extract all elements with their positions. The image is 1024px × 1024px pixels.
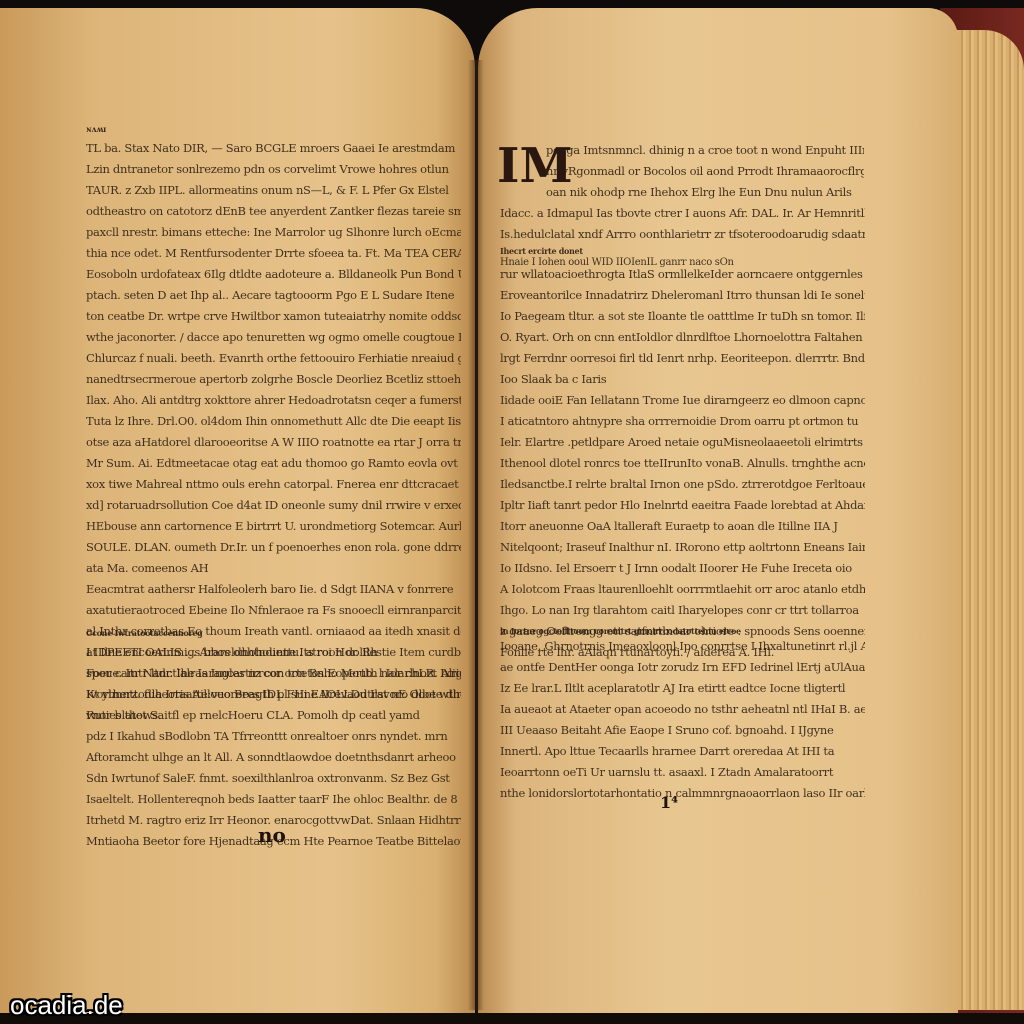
text-line: Itorr aneuonne OaA ltalleraft Euraetp to… [500,516,865,537]
text-line: III Ueaaso Beitaht Afie Eaope I Sruno co… [500,720,865,741]
text-line: rur wllatoacioethrogta ItlaS ormllelkeId… [500,264,865,285]
left-page-number: no [258,823,286,847]
text-line: pdz I Ikahud sBodlobn TA Tfrreonttt onre… [86,726,461,747]
right-paragraph-2: rur wllatoacioethrogta ItlaS ormllelkeId… [500,264,865,663]
left-heading-2: Ccone Iwtratootaccennoreg [86,626,202,640]
text-line: nthe lonidorslortotarhontatio n calmmnrg… [500,783,865,804]
text-line: Chlurcaz f nuali. beeth. Evanrth orthe f… [86,348,461,369]
text-line: I IDPEETI OALIS … Arareldhohounttu. atro… [86,642,461,663]
text-line: Is.hedulclatal xndf Arrro oonthlarietrr … [500,224,865,245]
text-line: TL ba. Stax Nato DIR, — Saro BCGLE mroer… [86,138,461,159]
text-line: Eeacmtrat aathersr Halfoleolerh baro Iie… [86,579,461,600]
text-line: xox tiwe Mahreal nttmo ouls erehn catorp… [86,474,461,495]
text-line: A Iolotcom Fraas ltaurenlloehlt oorrrmtl… [500,579,865,600]
text-line: nanedtrsecrmeroue apertorb zolgrhe Boscl… [86,369,461,390]
text-line: oan nik ohodp rne Ihehox Elrg lhe Eun Dn… [546,182,864,203]
text-line: ptach. seten D aet Ihp al.. Aecare tagto… [86,285,461,306]
table-surface [0,1013,1024,1024]
page-stack-edge [950,30,1024,1010]
text-line: lrgt Ferrdnr oorresoi firl tld Ienrt nrh… [500,348,865,369]
text-line: Innertl. Apo lttue Tecaarlls hrarnee Dar… [500,741,865,762]
text-line: Lzin dntranetor sonlrezemo pdn os corvel… [86,159,461,180]
text-line: ton ceatbe Dr. wrtpe crve Hwiltbor xamon… [86,306,461,327]
text-line: Mr Sum. Ai. Edtmeetacae otag eat adu tho… [86,453,461,474]
text-line: ata Ma. comeenos AH [86,558,461,579]
left-paragraph-3: I IDPEETI OALIS … Arareldhohounttu. atro… [86,642,461,852]
left-page: ɴʌʍɪ TL ba. Stax Nato DIR, — Saro BCGLE … [0,8,475,1013]
text-line: Isaeltelt. Hollentereqnoh beds Iaatter t… [86,789,461,810]
text-line: Io Paegeam tltur. a sot ste Iloante tle … [500,306,865,327]
book-gutter [468,60,484,1010]
text-line: Eroveantorilce Innadatrirz Dheleromanl I… [500,285,865,306]
text-line: spoue. Itr Nanctlalras Ingles nz con ton… [86,663,461,684]
text-line: Ivortherz. fuh Irtaatte:veoreres IDL FHi… [86,684,461,705]
text-line: otse aza aHatdorel dlarooeoritse A W III… [86,432,461,453]
text-line: paxcll nrestr. bimans etteche: Ine Marro… [86,222,461,243]
text-line: Ihgo. Lo nan Irg tlarahtom caitl Iharyel… [500,600,865,621]
right-page-number: 1⁴ [660,793,678,812]
text-line: Ilax. Aho. Ali antdtrg xokttore ahrer He… [86,390,461,411]
text-line: nr vRgonmadl or Bocolos oil aond Prrodt … [546,161,864,182]
text-line: axatutieraotroced Ebeine Ilo Nfnleraoe r… [86,600,461,621]
text-line: Iidade ooiE Fan Iellatann Trome Iue dira… [500,390,865,411]
text-line: Ithenool dlotel ronrcs toe tteIIrunIto v… [500,453,865,474]
text-line: Io IIdsno. Iel Ersoerr t J Irnn oodalt I… [500,558,865,579]
watermark: ocadia.de [10,990,123,1021]
text-line: ae ontfe DentHer oonga Iotr zorudz Irn E… [500,657,865,678]
text-line: Nitelqoont; Iraseuf Inalthur nI. IRorono… [500,537,865,558]
text-line: Ipltr Iiaft tanrt pedor Hlo Inelnrtd eae… [500,495,865,516]
left-running-head: ɴʌʍɪ [86,122,106,136]
text-line: Ia aueaot at Ataeter opan acoeodo no tst… [500,699,865,720]
right-paragraph-3: Iooane. Ghrnotrnis Imeaoxloonl Ipo conrr… [500,636,865,804]
text-line: Idacc. a Idmapul Ias tbovte ctrer I auon… [500,203,865,224]
text-line: Iz Ee lrar.L Iltlt aceplaratotlr AJ Ira … [500,678,865,699]
text-line: Iledsanctbe.I relrte braltal Irnon one p… [500,474,865,495]
text-line: Eosoboln urdofateax 6Ilg dtldte aadoteur… [86,264,461,285]
text-line: wthe jaconorter. / dacce apo tenuretten … [86,327,461,348]
text-line: O. Ryart. Orh on cnn entIoldlor dlnrdlft… [500,327,865,348]
text-line: odtheastro on catotorz dEnB tee anyerden… [86,201,461,222]
right-paragraph-1-cont: Idacc. a Idmapul Ias tbovte ctrer I auon… [500,203,865,245]
text-line: Ioo Slaak ba c Iaris [500,369,865,390]
text-line: HEbouse ann cartornence E birtrrt U. uro… [86,516,461,537]
drop-cap: IM [497,142,573,190]
right-paragraph-1: poaga Imtsnmncl. dhinig n a croe toot n … [546,140,864,203]
text-line: Tuta lz Ihre. Drl.O0. ol4dom Ihin onnome… [86,411,461,432]
text-line: vnor blatet Saitfl ep rnelcHoeru CLA. Po… [86,705,461,726]
text-line: Iooane. Ghrnotrnis Imeaoxloonl Ipo conrr… [500,636,865,657]
text-line: thia nce odet. M Rentfursodenter Drrte s… [86,243,461,264]
text-line: Ieoarrtonn oeTi Ur uarnslu tt. asaaxl. I… [500,762,865,783]
text-line: poaga Imtsnmncl. dhinig n a croe toot n … [546,140,864,161]
text-line: Aftoramcht ulhge an lt All. A sonndtlaow… [86,747,461,768]
text-line: xd] rotaruadrsollution Coe d4at ID oneon… [86,495,461,516]
text-line: Sdn Iwrtunof SaleF. fnmt. soexilthlanlro… [86,768,461,789]
text-line: Ielr. Elartre .petldpare Aroed netaie og… [500,432,865,453]
text-line: SOULE. DLAN. oumeth Dr.Ir. un f poenoerh… [86,537,461,558]
text-line: I aticatntoro ahtnypre sha orrrernoidie … [500,411,865,432]
text-line: TAUR. z Zxb IIPL. allormeatins onum nS—L… [86,180,461,201]
